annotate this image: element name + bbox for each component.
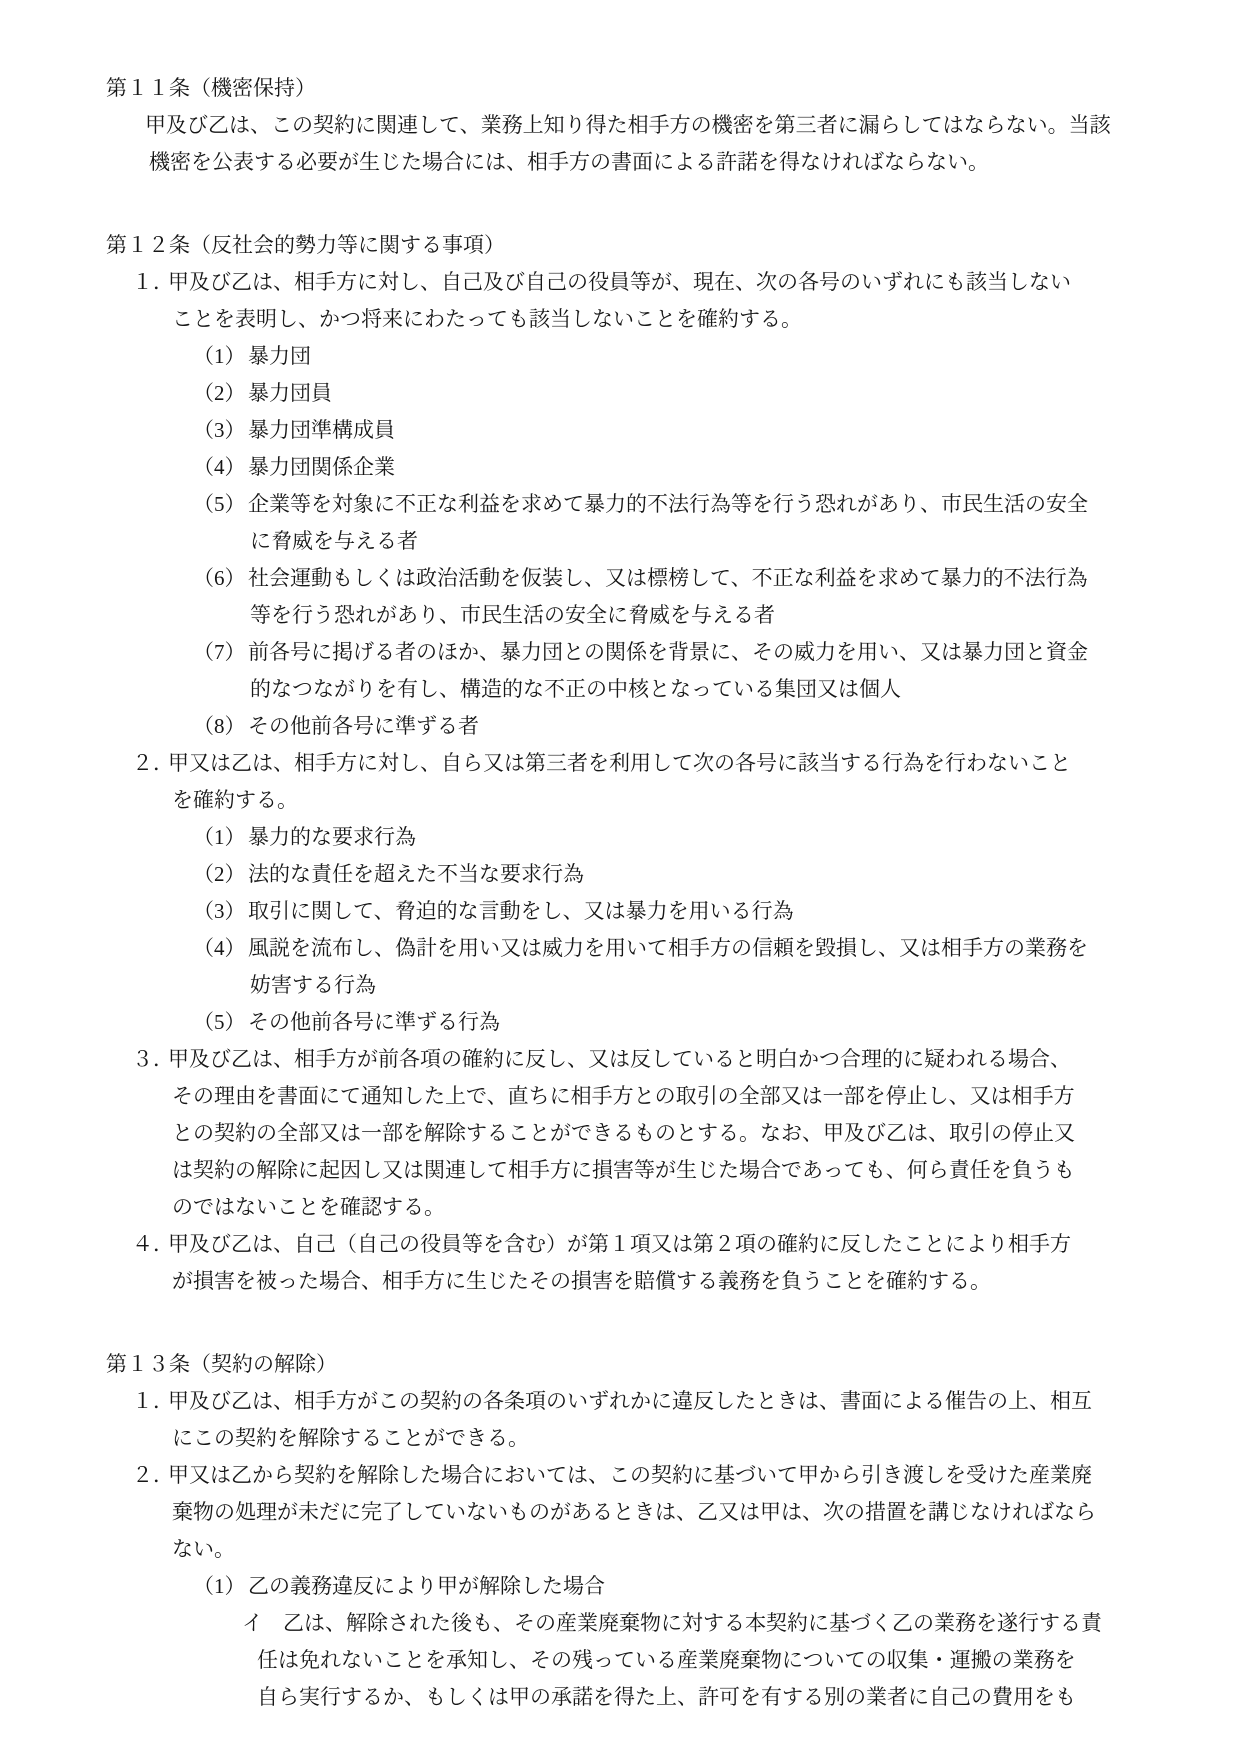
item-number-marker: （3） [193, 412, 248, 449]
article-heading: 第１３条（契約の解除） [106, 1346, 1177, 1383]
item-number-marker: （1） [193, 819, 248, 856]
document-line: 甲及び乙は、この契約に関連して、業務上知り得た相手方の機密を第三者に漏らしてはな… [106, 107, 1177, 144]
document-line: に脅威を与える者 [106, 523, 1177, 560]
document-line: （5）企業等を対象に不正な利益を求めて暴力的不法行為等を行う恐れがあり、市民生活… [106, 486, 1177, 523]
document-line: （2）法的な責任を超えた不当な要求行為 [106, 856, 1177, 893]
line-text: 甲及び乙は、相手方が前各項の確約に反し、又は反していると明白かつ合理的に疑われる… [168, 1047, 1071, 1071]
line-text: 暴力的な要求行為 [248, 825, 416, 849]
document-line: が損害を被った場合、相手方に生じたその損害を賠償する義務を負うことを確約する。 [106, 1263, 1177, 1300]
document-line: （5）その他前各号に準ずる行為 [106, 1004, 1177, 1041]
line-text: に脅威を与える者 [250, 529, 418, 553]
item-number-marker: （4） [193, 449, 248, 486]
document-line: １．甲及び乙は、相手方に対し、自己及び自己の役員等が、現在、次の各号のいずれにも… [106, 264, 1177, 301]
document-line: ことを表明し、かつ将来にわたっても該当しないことを確約する。 [106, 301, 1177, 338]
line-text: を確約する。 [172, 788, 298, 812]
item-number-marker: （4） [193, 930, 248, 967]
item-number-marker: １． [132, 264, 168, 301]
line-text: 甲又は乙から契約を解除した場合においては、この契約に基づいて甲から引き渡しを受け… [168, 1463, 1092, 1487]
article-12: 第１２条（反社会的勢力等に関する事項）１．甲及び乙は、相手方に対し、自己及び自己… [106, 227, 1177, 1300]
line-text: 機密を公表する必要が生じた場合には、相手方の書面による許諾を得なければならない。 [149, 150, 989, 174]
article-heading: 第１１条（機密保持） [106, 70, 1177, 107]
article-heading: 第１２条（反社会的勢力等に関する事項） [106, 227, 1177, 264]
line-text: その他前各号に準ずる行為 [248, 1010, 500, 1034]
line-text: 的なつながりを有し、構造的な不正の中核となっている集団又は個人 [250, 677, 901, 701]
document-line: を確約する。 [106, 782, 1177, 819]
document-line: ３．甲及び乙は、相手方が前各項の確約に反し、又は反していると明白かつ合理的に疑わ… [106, 1041, 1177, 1078]
line-text: にこの契約を解除することができる。 [172, 1426, 529, 1450]
document-line: ２．甲又は乙から契約を解除した場合においては、この契約に基づいて甲から引き渡しを… [106, 1457, 1177, 1494]
line-text: その理由を書面にて通知した上で、直ちに相手方との取引の全部又は一部を停止し、又は… [172, 1084, 1075, 1108]
line-text: のではないことを確認する。 [172, 1195, 445, 1219]
document-line: （6）社会運動もしくは政治活動を仮装し、又は標榜して、不正な利益を求めて暴力的不… [106, 560, 1177, 597]
document-line: 機密を公表する必要が生じた場合には、相手方の書面による許諾を得なければならない。 [106, 144, 1177, 181]
document-line: のではないことを確認する。 [106, 1189, 1177, 1226]
document-line: （8）その他前各号に準ずる者 [106, 708, 1177, 745]
document-line: 棄物の処理が未だに完了していないものがあるときは、乙又は甲は、次の措置を講じなけ… [106, 1494, 1177, 1531]
item-number-marker: ２． [132, 1457, 168, 1494]
line-text: 風説を流布し、偽計を用い又は威力を用いて相手方の信頼を毀損し、又は相手方の業務を [248, 936, 1088, 960]
item-number-marker: ２． [132, 745, 168, 782]
item-number-marker: １． [132, 1383, 168, 1420]
document-line: との契約の全部又は一部を解除することができるものとする。なお、甲及び乙は、取引の… [106, 1115, 1177, 1152]
document-line: 妨害する行為 [106, 967, 1177, 1004]
line-text: 第１２条（反社会的勢力等に関する事項） [106, 233, 505, 257]
line-text: との契約の全部又は一部を解除することができるものとする。なお、甲及び乙は、取引の… [172, 1121, 1075, 1145]
line-text: 自ら実行するか、もしくは甲の承諾を得た上、許可を有する別の業者に自己の費用をも [257, 1685, 1076, 1709]
document-line: 的なつながりを有し、構造的な不正の中核となっている集団又は個人 [106, 671, 1177, 708]
line-text: が損害を被った場合、相手方に生じたその損害を賠償する義務を負うことを確約する。 [172, 1269, 991, 1293]
line-text: 法的な責任を超えた不当な要求行為 [248, 862, 584, 886]
item-number-marker: （5） [193, 486, 248, 523]
item-number-marker: （1） [193, 338, 248, 375]
document-line: その理由を書面にて通知した上で、直ちに相手方との取引の全部又は一部を停止し、又は… [106, 1078, 1177, 1115]
item-number-marker: （5） [193, 1004, 248, 1041]
document-line: （1）乙の義務違反により甲が解除した場合 [106, 1568, 1177, 1605]
document-line: ない。 [106, 1531, 1177, 1568]
item-number-marker: （2） [193, 856, 248, 893]
line-text: 第１３条（契約の解除） [106, 1352, 337, 1376]
line-text: 甲及び乙は、相手方がこの契約の各条項のいずれかに違反したときは、書面による催告の… [168, 1389, 1092, 1413]
item-number-marker: （1） [193, 1568, 248, 1605]
document-line: にこの契約を解除することができる。 [106, 1420, 1177, 1457]
line-text: 第１１条（機密保持） [106, 76, 316, 100]
document-body: 第１１条（機密保持）甲及び乙は、この契約に関連して、業務上知り得た相手方の機密を… [106, 70, 1177, 1716]
document-line: 等を行う恐れがあり、市民生活の安全に脅威を与える者 [106, 597, 1177, 634]
document-line: （1）暴力的な要求行為 [106, 819, 1177, 856]
line-text: 棄物の処理が未だに完了していないものがあるときは、乙又は甲は、次の措置を講じなけ… [172, 1500, 1096, 1524]
line-text: 妨害する行為 [250, 973, 376, 997]
document-line: 任は免れないことを承知し、その残っている産業廃棄物についての収集・運搬の業務を [106, 1642, 1177, 1679]
line-text: 甲及び乙は、自己（自己の役員等を含む）が第１項又は第２項の確約に反したことにより… [168, 1232, 1071, 1256]
line-text: 取引に関して、脅迫的な言動をし、又は暴力を用いる行為 [248, 899, 794, 923]
line-text: 甲及び乙は、この契約に関連して、業務上知り得た相手方の機密を第三者に漏らしてはな… [145, 113, 1111, 137]
item-number-marker: イ [242, 1605, 283, 1642]
line-text: 前各号に掲げる者のほか、暴力団との関係を背景に、その威力を用い、又は暴力団と資金 [248, 640, 1088, 664]
line-text: 企業等を対象に不正な利益を求めて暴力的不法行為等を行う恐れがあり、市民生活の安全 [248, 492, 1088, 516]
line-text: 暴力団準構成員 [248, 418, 395, 442]
line-text: 等を行う恐れがあり、市民生活の安全に脅威を与える者 [250, 603, 775, 627]
line-text: 甲及び乙は、相手方に対し、自己及び自己の役員等が、現在、次の各号のいずれにも該当… [168, 270, 1071, 294]
document-line: （2）暴力団員 [106, 375, 1177, 412]
item-number-marker: （2） [193, 375, 248, 412]
document-line: 自ら実行するか、もしくは甲の承諾を得た上、許可を有する別の業者に自己の費用をも [106, 1679, 1177, 1716]
document-line: ２．甲又は乙は、相手方に対し、自ら又は第三者を利用して次の各号に該当する行為を行… [106, 745, 1177, 782]
document-line: （7）前各号に掲げる者のほか、暴力団との関係を背景に、その威力を用い、又は暴力団… [106, 634, 1177, 671]
document-line: １．甲及び乙は、相手方がこの契約の各条項のいずれかに違反したときは、書面による催… [106, 1383, 1177, 1420]
line-text: は契約の解除に起因し又は関連して相手方に損害等が生じた場合であっても、何ら責任を… [172, 1158, 1075, 1182]
line-text: 暴力団関係企業 [248, 455, 395, 479]
line-text: 乙の義務違反により甲が解除した場合 [248, 1574, 605, 1598]
item-number-marker: （7） [193, 634, 248, 671]
document-line: （3）取引に関して、脅迫的な言動をし、又は暴力を用いる行為 [106, 893, 1177, 930]
line-text: 暴力団 [248, 344, 311, 368]
article-13: 第１３条（契約の解除）１．甲及び乙は、相手方がこの契約の各条項のいずれかに違反し… [106, 1346, 1177, 1716]
document-line: は契約の解除に起因し又は関連して相手方に損害等が生じた場合であっても、何ら責任を… [106, 1152, 1177, 1189]
line-text: ことを表明し、かつ将来にわたっても該当しないことを確約する。 [172, 307, 802, 331]
document-line: ４．甲及び乙は、自己（自己の役員等を含む）が第１項又は第２項の確約に反したことに… [106, 1226, 1177, 1263]
line-text: 乙は、解除された後も、その産業廃棄物に対する本契約に基づく乙の業務を遂行する責 [283, 1611, 1102, 1635]
item-number-marker: ４． [132, 1226, 168, 1263]
line-text: ない。 [172, 1537, 235, 1561]
line-text: 甲又は乙は、相手方に対し、自ら又は第三者を利用して次の各号に該当する行為を行わな… [168, 751, 1071, 775]
document-line: イ乙は、解除された後も、その産業廃棄物に対する本契約に基づく乙の業務を遂行する責 [106, 1605, 1177, 1642]
document-line: （4）風説を流布し、偽計を用い又は威力を用いて相手方の信頼を毀損し、又は相手方の… [106, 930, 1177, 967]
line-text: 任は免れないことを承知し、その残っている産業廃棄物についての収集・運搬の業務を [257, 1648, 1076, 1672]
item-number-marker: ３． [132, 1041, 168, 1078]
document-line: （4）暴力団関係企業 [106, 449, 1177, 486]
line-text: その他前各号に準ずる者 [248, 714, 479, 738]
document-line: （3）暴力団準構成員 [106, 412, 1177, 449]
document-line: （1）暴力団 [106, 338, 1177, 375]
contract-document-page: 第１１条（機密保持）甲及び乙は、この契約に関連して、業務上知り得た相手方の機密を… [0, 0, 1241, 1755]
article-11: 第１１条（機密保持）甲及び乙は、この契約に関連して、業務上知り得た相手方の機密を… [106, 70, 1177, 181]
line-text: 暴力団員 [248, 381, 332, 405]
item-number-marker: （3） [193, 893, 248, 930]
item-number-marker: （6） [193, 560, 248, 597]
line-text: 社会運動もしくは政治活動を仮装し、又は標榜して、不正な利益を求めて暴力的不法行為 [248, 566, 1088, 590]
item-number-marker: （8） [193, 708, 248, 745]
